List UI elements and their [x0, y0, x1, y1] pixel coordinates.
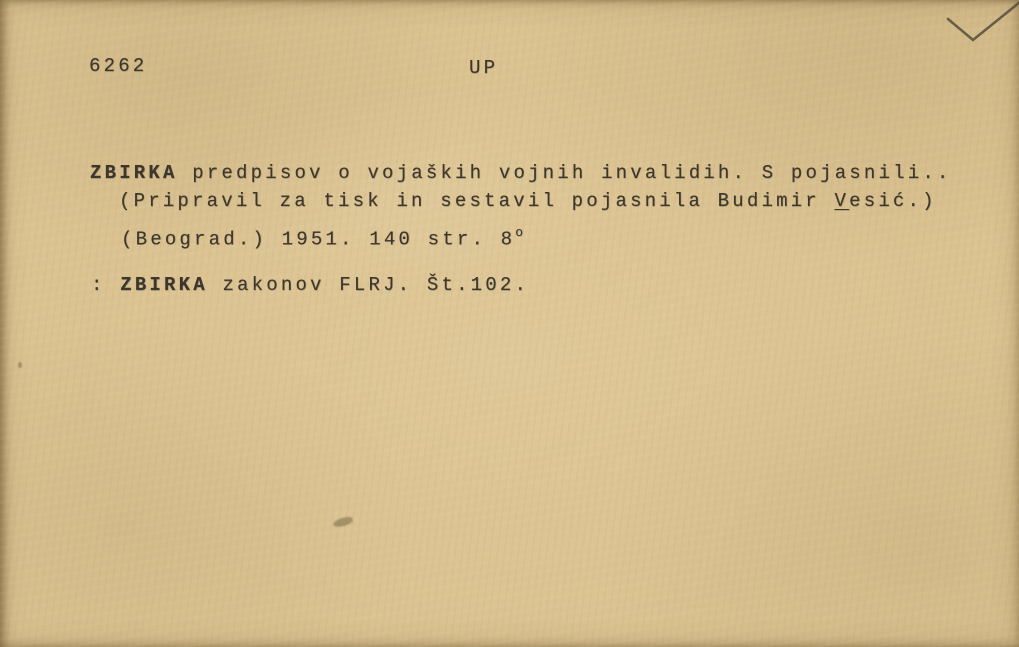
title-rest: predpisov o vojaških vojnih invalidih. S… — [178, 162, 952, 184]
ink-smudge — [332, 516, 353, 529]
title-lead-word: ZBIRKA — [90, 162, 178, 184]
subtitle-post: esić.) — [849, 190, 937, 212]
series-colon: : — [91, 274, 120, 296]
imprint-format-superscript: o — [515, 225, 523, 240]
subtitle-underlined-letter: V — [835, 190, 850, 212]
series-line: : ZBIRKA zakonov FLRJ. Št.102. — [91, 273, 529, 297]
imprint-main: (Beograd.) 1951. 140 str. 8 — [121, 228, 515, 250]
catalog-card: 6262 UP ZBIRKA predpisov o vojaških vojn… — [0, 0, 1019, 647]
subtitle-line: (Pripravil za tisk in sestavil pojasnila… — [119, 189, 937, 213]
series-lead-word: ZBIRKA — [120, 274, 208, 296]
pencil-checkmark-icon — [0, 0, 1019, 647]
subtitle-pre: (Pripravil za tisk in sestavil pojasnila… — [119, 190, 835, 212]
paper-speck — [18, 362, 22, 368]
imprint-line: (Beograd.) 1951. 140 str. 8o — [121, 222, 523, 251]
title-line: ZBIRKA predpisov o vojaških vojnih inval… — [90, 161, 952, 185]
series-rest: zakonov FLRJ. Št.102. — [208, 274, 529, 296]
paper-texture — [0, 0, 1019, 647]
card-number: 6262 — [89, 54, 147, 78]
classification-code: UP — [469, 56, 498, 80]
